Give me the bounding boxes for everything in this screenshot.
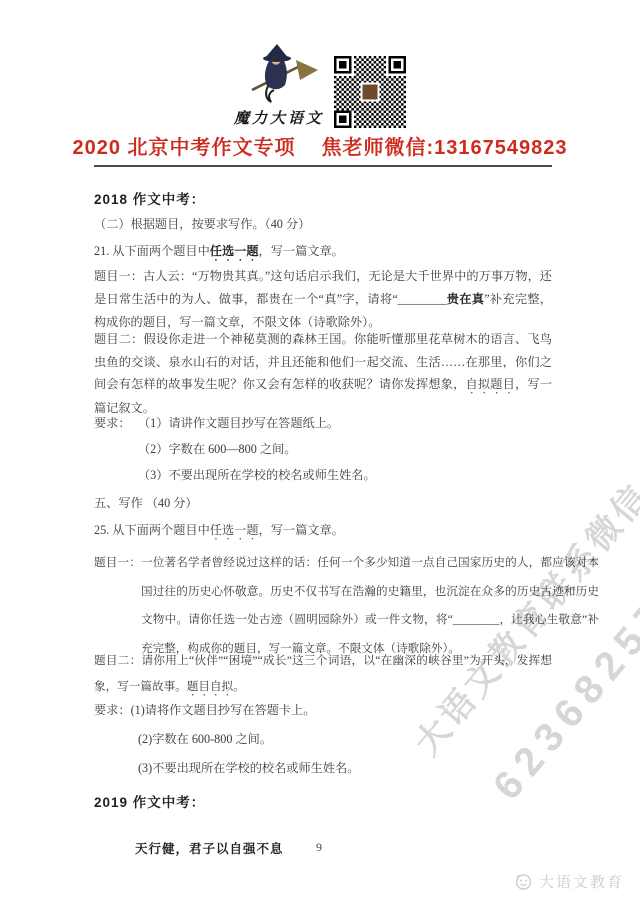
footer-brand-label: 大语文教育: [539, 871, 624, 892]
requirements-2018-label: 要求：: [94, 412, 138, 490]
header-divider: [94, 165, 552, 167]
topic2-sec5-emphasis: 题目自拟: [187, 680, 233, 693]
question-25: 25. 从下面两个题目中任选一题，写一篇文章。: [94, 519, 552, 543]
topic1-2018-bold-phrase: 贵在真: [446, 292, 484, 306]
logo-caption: 魔力大语文: [234, 107, 324, 128]
question-21: 21. 从下面两个题目中任选一题，写一篇文章。: [94, 240, 552, 264]
document-page: 大语文教育联系微信： 623682576 魔力大语文: [0, 0, 640, 906]
topic2-sec5-text-end: 。: [233, 680, 245, 693]
header-logo-row: 魔力大语文: [0, 44, 640, 128]
teacher-wechat-contact: 焦老师微信:13167549823: [322, 137, 568, 159]
topic2-2018-emphasis: 自拟题目: [466, 377, 516, 391]
topic2-sec5-paragraph: 题目二：请你用上“伙伴”“困境”“成长”这三个词语，以“在幽深的峡谷里”为开头，…: [94, 648, 552, 700]
topic2-sec5-text: 题目二：请你用上“伙伴”“困境”“成长”这三个词语，以“在幽深的峡谷里”为开头，…: [94, 654, 552, 693]
question-21-pre: 21. 从下面两个题目中: [94, 244, 210, 258]
course-title-bar: 2020 北京中考作文专项焦老师微信:13167549823: [0, 131, 640, 160]
requirement-sec5-item: (2)字数在 600-800 之间。: [94, 728, 552, 751]
requirements-sec5: 要求：(1)请将作文题目抄写在答题卡上。 (2)字数在 600-800 之间。 …: [94, 699, 552, 780]
requirement-sec5-item1: (1)请将作文题目抄写在答题卡上。: [131, 703, 316, 717]
witch-on-broom-icon: [238, 44, 320, 106]
topic1-sec5-paragraph: 题目一：一位著名学者曾经说过这样的话：任何一个多少知道一点自己国家历史的人，都应…: [94, 549, 599, 663]
question-25-pre: 25. 从下面两个题目中: [94, 523, 210, 537]
brand-logo-block: 魔力大语文: [234, 44, 324, 128]
question-25-emphasis: 任选一题: [210, 523, 259, 537]
topic1-2018-paragraph: 题目一：古人云：“万物贵其真。”这句话启示我们，无论是大千世界中的万事万物，还是…: [94, 265, 552, 334]
section-five-heading: 五、写作 （40 分）: [94, 492, 552, 515]
requirement-sec5-item: 要求：(1)请将作文题目抄写在答题卡上。: [94, 699, 552, 722]
requirements-2018: 要求： （1）请讲作文题目抄写在答题纸上。 （2）字数在 600—800 之间。…: [94, 412, 552, 490]
requirement-2018-item: （1）请讲作文题目抄写在答题纸上。: [138, 412, 376, 435]
requirement-2018-item: （2）字数在 600—800 之间。: [138, 438, 376, 461]
requirement-sec5-item: (3)不要出现所在学校的校名或师生姓名。: [94, 757, 552, 780]
question-25-post: ，写一篇文章。: [259, 523, 344, 537]
fill-in-blank-line: ________: [453, 613, 499, 626]
question-21-emphasis: 任选一题: [210, 244, 259, 258]
footer-brand: 大语文教育: [514, 871, 624, 892]
question-21-post: ，写一篇文章。: [259, 244, 344, 258]
topic2-2018-paragraph: 题目二：假设你走进一个神秘莫测的森林王国。你能听懂那里花草树木的语言、飞鸟虫鱼的…: [94, 328, 552, 420]
requirements-sec5-label: 要求：: [94, 703, 131, 717]
requirement-2018-item: （3）不要出现所在学校的校名或师生姓名。: [138, 464, 376, 487]
footer-motto: 天行健，君子以自强不息: [135, 839, 284, 857]
section-2018-heading: 2018 作文中考：: [94, 188, 552, 211]
wechat-qr-code: [334, 56, 406, 128]
fill-in-blank-line: ________: [398, 292, 447, 306]
brand-face-icon: [514, 872, 533, 891]
section-2018-instruction: （二）根据题目，按要求写作。（40 分）: [94, 213, 552, 236]
page-number: 9: [316, 840, 322, 855]
course-title: 2020 北京中考作文专项: [72, 137, 295, 159]
section-2019-heading: 2019 作文中考：: [94, 791, 552, 814]
